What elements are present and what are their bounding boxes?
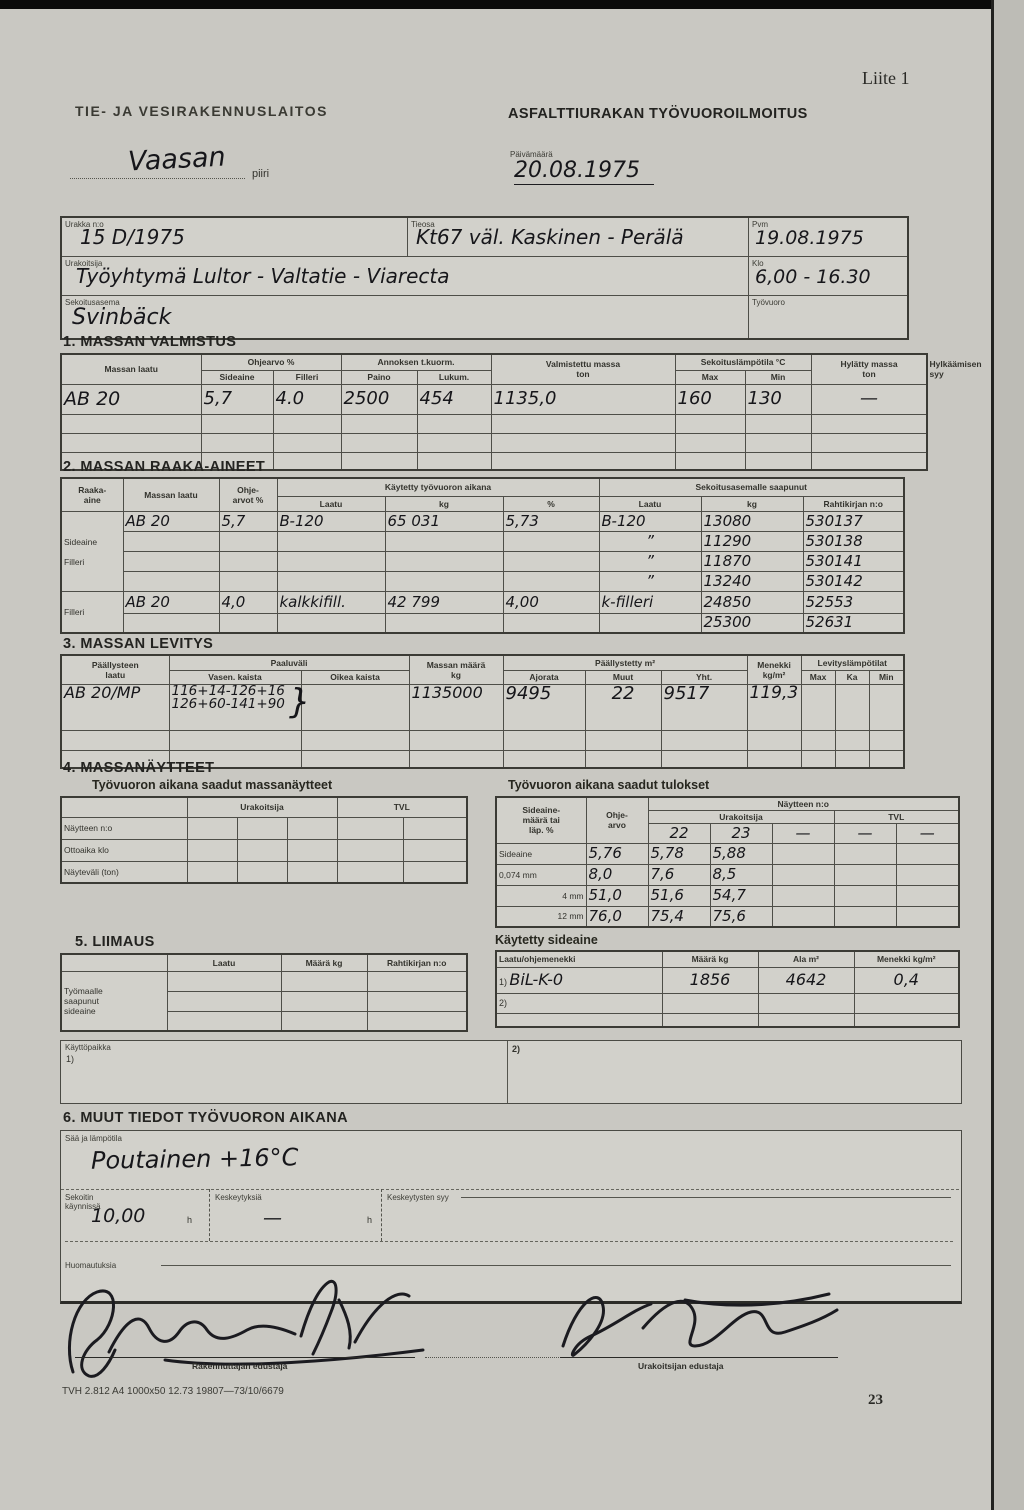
huomautuksia-label: Huomautuksia xyxy=(65,1261,116,1270)
field-tyovuoro: Työvuoro xyxy=(749,296,907,338)
divider xyxy=(209,1189,210,1241)
sample-no: — xyxy=(796,824,811,842)
scan-right-shade xyxy=(994,0,1024,1510)
col-paallysteen-laatu: Päällysteen laatu xyxy=(61,655,169,684)
section6-heading: 6. MUUT TIEDOT TYÖVUORON AIKANA xyxy=(63,1110,348,1126)
cell: 5,76 xyxy=(589,844,622,862)
cell: 75,4 xyxy=(651,907,684,925)
sekoitin-unit: h xyxy=(187,1215,192,1225)
cell: 42 799 xyxy=(388,593,441,611)
cell-yht: 9517 xyxy=(664,683,710,704)
district-value: Vaasan xyxy=(127,143,226,175)
form-code: TVH 2.812 A4 1000x50 12.73 19807—73/10/6… xyxy=(62,1386,284,1397)
cell: 11290 xyxy=(704,532,752,550)
col-max: Max xyxy=(675,370,745,384)
sample-no: 23 xyxy=(731,824,750,842)
naytteet-row: Ottoaika klo xyxy=(61,839,467,861)
cell: B-120 xyxy=(280,512,324,530)
group-filleri2-label: Filleri xyxy=(64,607,121,617)
valmistus-empty-row xyxy=(61,414,927,433)
cell: 52631 xyxy=(806,613,854,631)
raaka-aineet-table: Raaka- aine Massan laatu Ohje- arvot % K… xyxy=(60,477,905,634)
contract-info-box: Urakka n:o 15 D/1975 Tieosa Kt67 väl. Ka… xyxy=(60,216,909,340)
scanned-form-page: Liite 1 TIE- JA VESIRAKENNUSLAITOS ASFAL… xyxy=(0,0,1024,1510)
cell-sideaine-laatu: BiL-K-0 xyxy=(509,970,563,989)
cell-paaluvali-2: 126+60-141+90 xyxy=(172,698,299,712)
field-urakoitsija: Urakoitsija Työyhtymä Lultor - Valtatie … xyxy=(62,257,749,295)
cell: 51,6 xyxy=(651,886,684,904)
col-lev-max: Max xyxy=(801,670,835,684)
cell: 13080 xyxy=(704,512,752,530)
col-tulokset-urakoitsija: Urakoitsija xyxy=(648,810,834,823)
cell: 5,88 xyxy=(713,844,746,862)
cell: 530141 xyxy=(806,552,863,570)
cell: 11870 xyxy=(704,552,752,570)
signature-right-label: Urakoitsijan edustaja xyxy=(638,1361,724,1371)
sekoitusasema-value: Svinbäck xyxy=(72,307,171,329)
cell: 51,0 xyxy=(589,886,622,904)
cell: 8,5 xyxy=(713,865,737,883)
liimaus-table: Laatu Määrä kg Rahtikirjan n:o Työmaalle… xyxy=(60,953,468,1032)
col-sekoituslampo: Sekoituslämpötila °C xyxy=(675,354,811,370)
kaytetty-row-2: 2) xyxy=(496,993,959,1013)
scan-top-edge xyxy=(0,0,1024,9)
kayttopaikka-label: Käyttöpaikka xyxy=(65,1043,111,1052)
signature-left xyxy=(55,1272,445,1390)
field-urakka: Urakka n:o 15 D/1975 xyxy=(62,218,408,256)
col-liimaus-maara: Määrä kg xyxy=(281,954,367,971)
col-min: Min xyxy=(745,370,811,384)
levitys-row: AB 20/MP 116+14-126+16 126+60-141+90 } 1… xyxy=(61,684,904,730)
naytteet-row: Näytteen n:o xyxy=(61,817,467,839)
urakka-value: 15 D/1975 xyxy=(80,227,185,247)
row-4mm: 4 mm xyxy=(496,885,586,906)
cell: ” xyxy=(646,552,654,570)
cell: ” xyxy=(646,572,654,590)
cell: 8,0 xyxy=(589,865,613,883)
col-massan-maara: Massan määrä kg xyxy=(409,655,503,684)
cell: 530138 xyxy=(806,532,863,550)
form-title: ASFALTTIURAKAN TYÖVUOROILMOITUS xyxy=(508,106,808,122)
col-valmistettu: Valmistettu massa ton xyxy=(491,354,675,384)
cell-sideaine: 5,7 xyxy=(204,388,233,409)
attachment-note: Liite 1 xyxy=(862,68,910,89)
tulokset-row: 12 mm 76,0 75,4 75,6 xyxy=(496,906,959,927)
col-maara-kg: Määrä kg xyxy=(662,951,758,967)
raaka-row: Sideaine Filleri AB 20 5,7 B-120 65 031 … xyxy=(61,511,904,531)
col-filleri: Filleri xyxy=(273,370,341,384)
divider xyxy=(381,1189,382,1241)
col-rahtikirja: Rahtikirjan n:o xyxy=(803,496,904,511)
huomautuksia-line xyxy=(161,1265,951,1266)
col-hylatty: Hylätty massa ton xyxy=(811,354,927,384)
kayttopaikka-divider xyxy=(507,1041,508,1103)
section1-heading: 1. MASSAN VALMISTUS xyxy=(63,334,236,350)
cell-massa: 1135,0 xyxy=(494,388,557,409)
col-liimaus-rahti: Rahtikirjan n:o xyxy=(367,954,467,971)
valmistus-empty-row xyxy=(61,433,927,452)
kaytetty-row-3 xyxy=(496,1013,959,1027)
col-paino: Paino xyxy=(341,370,417,384)
page-number: 23 xyxy=(868,1392,883,1409)
col-lev-min: Min xyxy=(869,670,904,684)
cell-filleri: 4.0 xyxy=(276,388,305,409)
row-12mm: 12 mm xyxy=(496,906,586,927)
row2-num: 2) xyxy=(499,998,507,1008)
col-levityslampo: Levityslämpötilat xyxy=(801,655,904,670)
col-kaytetty-tyovuoron: Käytetty työvuoron aikana xyxy=(277,478,599,496)
raaka-row: ” 13240 530142 xyxy=(61,571,904,591)
kayttopaikka-box: Käyttöpaikka 1) 2) xyxy=(60,1040,962,1104)
levitys-empty-row xyxy=(61,730,904,750)
raaka-row: 25300 52631 xyxy=(61,613,904,633)
scan-right-edge xyxy=(991,0,994,1510)
signature-right-line xyxy=(560,1357,838,1358)
cell: 4,0 xyxy=(222,593,246,611)
cell-max: 160 xyxy=(678,388,712,409)
sample-no: — xyxy=(920,824,935,842)
cell: 75,6 xyxy=(713,907,746,925)
row-ottoaika: Ottoaika klo xyxy=(61,839,187,861)
field-tieosa: Tieosa Kt67 väl. Kaskinen - Perälä xyxy=(408,218,749,256)
col-laatu-ohjemenekki: Laatu/ohjemenekki xyxy=(496,951,662,967)
col-naytteen-no: Näytteen n:o xyxy=(648,797,959,810)
col-massan-laatu2: Massan laatu xyxy=(123,478,219,511)
cell-lukum: 454 xyxy=(420,388,454,409)
tulokset-table: Sideaine- määrä tai läp. % Ohje- arvo Nä… xyxy=(495,796,960,928)
col-menekki-kgm2: Menekki kg/m² xyxy=(854,951,959,967)
liimaus-row-label: Työmaalle saapunut sideaine xyxy=(61,971,167,1031)
naytteet-row: Näyteväli (ton) xyxy=(61,861,467,883)
cell: 7,6 xyxy=(651,865,675,883)
saa-label: Sää ja lämpötila xyxy=(65,1134,122,1143)
row1-num: 1) xyxy=(499,977,507,987)
cell: 24850 xyxy=(704,593,752,611)
group-filleri-label: Filleri xyxy=(64,557,121,567)
organization-name: TIE- JA VESIRAKENNUSLAITOS xyxy=(75,103,328,119)
col-s-kg: kg xyxy=(701,496,803,511)
kayttopaikka-2: 2) xyxy=(512,1044,520,1054)
col-ohjearvo: Ohjearvo % xyxy=(201,354,341,370)
col-k-laatu: Laatu xyxy=(277,496,385,511)
col-ala-m2: Ala m² xyxy=(758,951,854,967)
kaytetty-sideaine-title: Käytetty sideaine xyxy=(495,933,598,947)
raaka-row: ” 11870 530141 xyxy=(61,551,904,571)
cell: 5,73 xyxy=(506,512,539,530)
cell: 4,00 xyxy=(506,593,539,611)
col-sideaine: Sideaine xyxy=(201,370,273,384)
date-value: 20.08.1975 xyxy=(514,160,654,185)
district-dotted-line xyxy=(70,178,245,179)
row-sideaine: Sideaine xyxy=(496,843,586,864)
col-sideainemaara: Sideaine- määrä tai läp. % xyxy=(496,797,586,843)
section2-heading: 2. MASSAN RAAKA-AINEET xyxy=(63,459,265,475)
col-naytteet-urakoitsija: Urakoitsija xyxy=(187,797,337,817)
tieosa-value: Kt67 väl. Kaskinen - Perälä xyxy=(416,227,684,247)
cell-menekki: 119,3 xyxy=(750,683,799,703)
district-suffix-label: piiri xyxy=(252,168,269,180)
cell: 5,7 xyxy=(222,512,246,530)
tyovuoro-label: Työvuoro xyxy=(752,298,785,307)
massan-levitys-table: Päällysteen laatu Paaluväli Massan määrä… xyxy=(60,654,905,769)
saa-value: Poutainen +16°C xyxy=(91,1145,299,1173)
cell: AB 20 xyxy=(126,593,170,611)
cell: 13240 xyxy=(704,572,752,590)
col-annoksen: Annoksen t.kuorm. xyxy=(341,354,491,370)
divider xyxy=(61,1189,959,1190)
field-sekoitusasema: Sekoitusasema Svinbäck xyxy=(62,296,749,338)
cell: AB 20 xyxy=(126,512,170,530)
pvm-value: 19.08.1975 xyxy=(755,229,864,248)
cell-muut: 22 xyxy=(612,683,635,704)
info-row-2: Urakoitsija Työyhtymä Lultor - Valtatie … xyxy=(62,257,907,296)
row-0074mm: 0,074 mm xyxy=(496,864,586,885)
tulokset-row: 4 mm 51,0 51,6 54,7 xyxy=(496,885,959,906)
signature-right xyxy=(545,1282,855,1368)
section4-right-title: Työvuoron aikana saadut tulokset xyxy=(508,778,709,792)
valmistus-row: AB 20 5,7 4.0 2500 454 1135,0 160 130 — xyxy=(61,384,927,414)
cell: B-120 xyxy=(602,512,646,530)
syy-line xyxy=(461,1197,951,1198)
tulokset-row: 0,074 mm 8,0 7,6 8,5 xyxy=(496,864,959,885)
section4-left-title: Työvuoron aikana saadut massanäytteet xyxy=(92,778,332,792)
divider xyxy=(65,1241,953,1242)
cell: 65 031 xyxy=(388,512,441,530)
massan-valmistus-table: Massan laatu Ohjearvo % Annoksen t.kuorm… xyxy=(60,353,928,471)
keskeytyksia-unit: h xyxy=(367,1215,372,1225)
section4-heading: 4. MASSANÄYTTEET xyxy=(63,760,214,776)
section5-heading: 5. LIIMAUS xyxy=(75,934,155,950)
col-saapunut: Sekoitusasemalle saapunut xyxy=(599,478,904,496)
cell: 52553 xyxy=(806,593,854,611)
kaytetty-row-1: 1) BiL-K-0 1856 4642 0,4 xyxy=(496,967,959,993)
col-lukum: Lukum. xyxy=(417,370,491,384)
signature-left-label: Rakennuttajan edustaja xyxy=(192,1361,287,1371)
field-pvm: Pvm 19.08.1975 xyxy=(749,218,907,256)
field-klo: Klo 6,00 - 16.30 xyxy=(749,257,907,295)
signature-left-line xyxy=(75,1357,415,1358)
cell-paallyste: AB 20/MP xyxy=(64,683,140,702)
col-s-laatu: Laatu xyxy=(599,496,701,511)
cell-ala: 4642 xyxy=(786,970,827,989)
col-k-pct: % xyxy=(503,496,599,511)
section3-heading: 3. MASSAN LEVITYS xyxy=(63,636,213,652)
keskeytysten-syy-label: Keskeytysten syy xyxy=(387,1193,449,1202)
sample-no: 22 xyxy=(669,824,688,842)
liimaus-row: Työmaalle saapunut sideaine xyxy=(61,971,467,991)
col-lev-ka: Ka xyxy=(835,670,869,684)
cell-ajorata: 9495 xyxy=(506,683,552,704)
col-paaluvali: Paaluväli xyxy=(169,655,409,670)
group-sideaine-label: Sideaine xyxy=(64,537,121,547)
kaytetty-sideaine-table: Laatu/ohjemenekki Määrä kg Ala m² Menekk… xyxy=(495,950,960,1028)
keskeytyksia-value: — xyxy=(263,1209,282,1228)
col-ohjearvo2: Ohje- arvo xyxy=(586,797,648,843)
col-menekki: Menekki kg/m² xyxy=(747,655,801,684)
cell-min: 130 xyxy=(748,388,782,409)
massanaytteet-table: Urakoitsija TVL Näytteen n:o Ottoaika kl… xyxy=(60,796,468,884)
sekoitin-value: 10,00 xyxy=(91,1207,145,1226)
cell-maara: 1856 xyxy=(690,970,731,989)
cell: kalkkifill. xyxy=(280,593,346,611)
col-massan-laatu: Massan laatu xyxy=(61,354,201,384)
col-paallystetty: Päällystetty m² xyxy=(503,655,747,670)
col-liimaus-laatu: Laatu xyxy=(167,954,281,971)
info-row-1: Urakka n:o 15 D/1975 Tieosa Kt67 väl. Ka… xyxy=(62,218,907,257)
raaka-row: Filleri AB 20 4,0 kalkkifill. 42 799 4,0… xyxy=(61,591,904,613)
cell-menekki2: 0,4 xyxy=(894,970,919,989)
col-vasen-kaista: Vasen. kaista xyxy=(169,670,301,684)
col-raaka-aine: Raaka- aine xyxy=(61,478,123,511)
cell: 5,78 xyxy=(651,844,684,862)
cell: 530142 xyxy=(806,572,863,590)
cell-hylatty: — xyxy=(860,388,878,409)
keskeytyksia-label: Keskeytyksiä xyxy=(215,1193,262,1202)
info-row-3: Sekoitusasema Svinbäck Työvuoro xyxy=(62,296,907,338)
row-naytteen-no: Näytteen n:o xyxy=(61,817,187,839)
cell: 25300 xyxy=(704,613,752,631)
col-ohje-arvot: Ohje- arvot % xyxy=(219,478,277,511)
cell: k-filleri xyxy=(602,593,654,611)
paaluvali-brace: } xyxy=(289,685,311,719)
sample-no: — xyxy=(858,824,873,842)
row-naytevali: Näyteväli (ton) xyxy=(61,861,187,883)
col-tulokset-tvl: TVL xyxy=(834,810,959,823)
raaka-row: ” 11290 530138 xyxy=(61,531,904,551)
cell: 530137 xyxy=(806,512,863,530)
cell: 54,7 xyxy=(713,886,746,904)
cell: ” xyxy=(646,532,654,550)
tulokset-row: Sideaine 5,76 5,78 5,88 xyxy=(496,843,959,864)
cell-laatu: AB 20 xyxy=(64,388,120,410)
kayttopaikka-1: 1) xyxy=(66,1054,74,1064)
col-oikea-kaista: Oikea kaista xyxy=(301,670,409,684)
cell-massa-kg: 1135000 xyxy=(412,683,483,702)
cell-paino: 2500 xyxy=(344,388,390,409)
col-k-kg: kg xyxy=(385,496,503,511)
col-naytteet-tvl: TVL xyxy=(337,797,467,817)
cell: 76,0 xyxy=(589,907,622,925)
klo-value: 6,00 - 16.30 xyxy=(755,268,871,287)
urakoitsija-value: Työyhtymä Lultor - Valtatie - Viarecta xyxy=(76,266,450,286)
